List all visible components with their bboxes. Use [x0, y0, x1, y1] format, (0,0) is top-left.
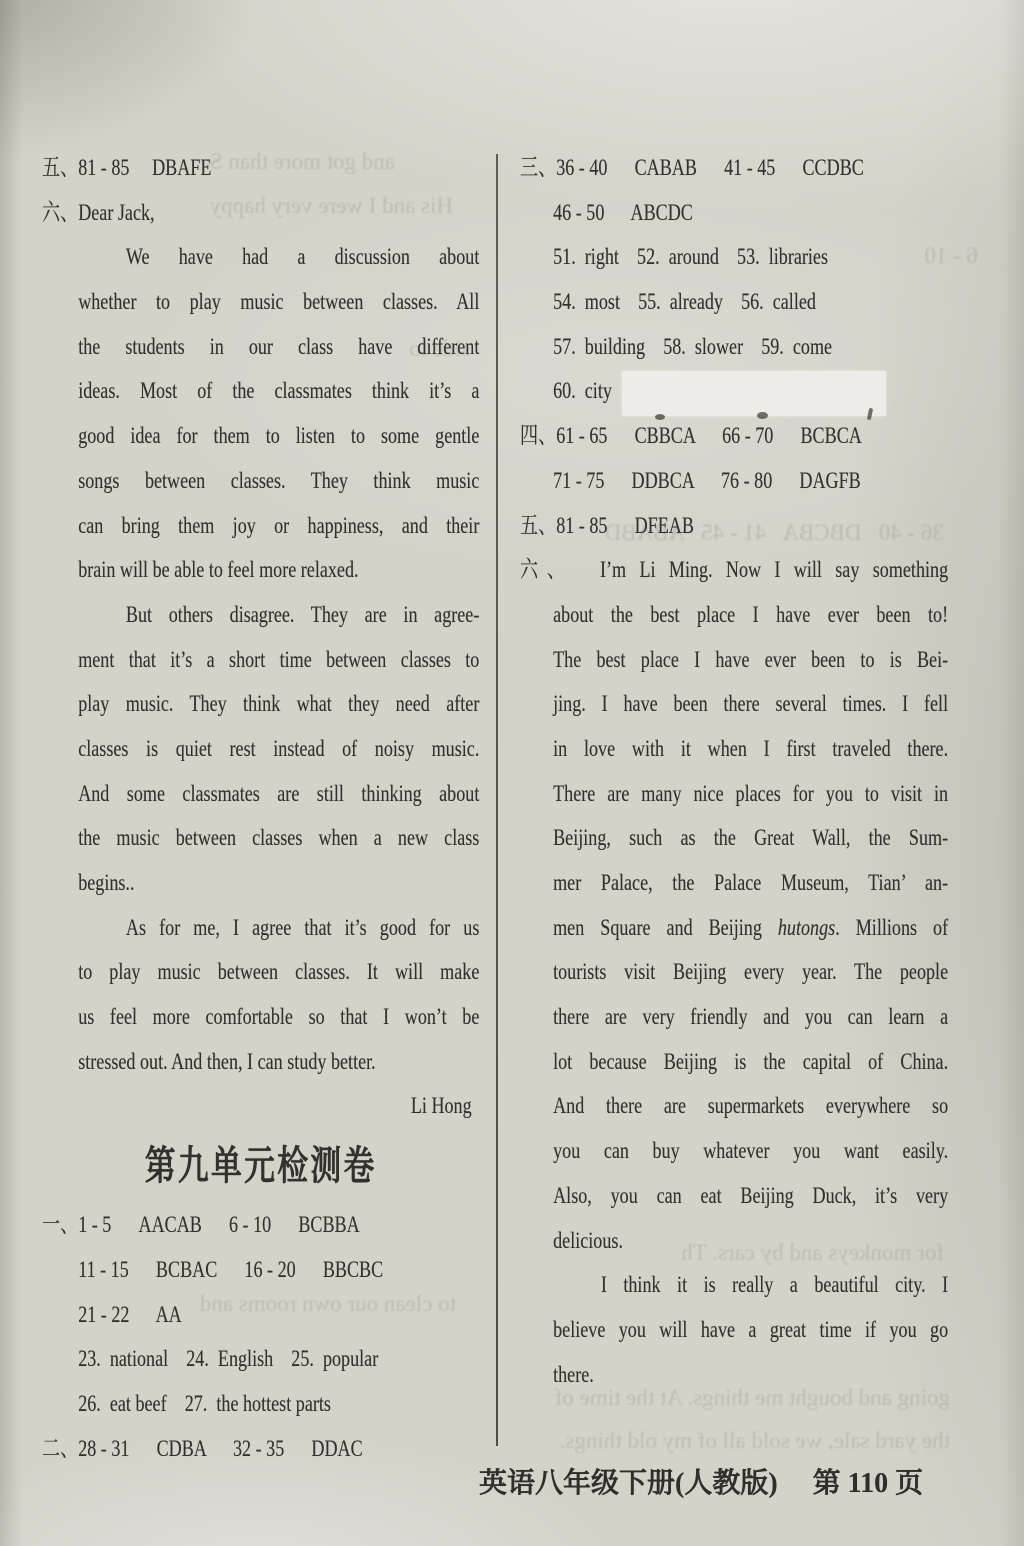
answer-row: 五、81 - 85 DFEAB — [520, 504, 948, 549]
scanned-answer-key-page: { "colors": { "paper": "#d4d3ca", "ink":… — [0, 0, 1024, 1546]
paragraph-line: the music between classes when a new cla… — [78, 816, 479, 861]
answer-column-left: 五、81 - 85 DBAFE六、Dear Jack,We have had a… — [42, 146, 479, 1471]
page-footer: 英语八年级下册(人教版) 第 110 页 — [479, 1461, 923, 1501]
paragraph-line: But others disagree. They are in agree- — [78, 593, 479, 638]
answer-row: 51. right 52. around 53. libraries — [553, 235, 948, 280]
answer-row: 71 - 75 DDBCA 76 - 80 DAGFB — [553, 459, 948, 504]
answer-column-right: 三、36 - 40 CABAB 41 - 45 CCDBC46 - 50 ABC… — [520, 146, 948, 1397]
answer-row: 54. most 55. already 56. called — [553, 280, 948, 325]
column-divider-line — [496, 154, 498, 1446]
paragraph-line: men Square and Beijing hutongs. Millions… — [553, 906, 948, 951]
paragraph-line: us feel more comfortable so that I won’t… — [78, 995, 479, 1040]
paragraph-line: to play music between classes. It will m… — [78, 950, 479, 995]
paragraph-line: mer Palace, the Palace Museum, Tian’ an- — [553, 861, 948, 906]
paragraph-line: believe you will have a great time if yo… — [553, 1308, 948, 1353]
answer-row: 11 - 15 BCBAC 16 - 20 BBCBC — [78, 1248, 479, 1293]
answer-row: 26. eat beef 27. the hottest parts — [78, 1382, 479, 1427]
bleedthrough-text: the yard sale, we sold all of my old thi… — [548, 1428, 950, 1462]
italic-term: hutongs — [778, 915, 835, 941]
paragraph-line: begins.. — [78, 861, 479, 906]
paragraph-line: you can buy whatever you want easily. — [553, 1129, 948, 1174]
paragraph-line: Beijing, such as the Great Wall, the Sum… — [553, 816, 948, 861]
answer-row: 57. building 58. slower 59. come — [553, 325, 948, 370]
answer-row: 23. national 24. English 25. popular — [78, 1337, 479, 1382]
paragraph-line: As for me, I agree that it’s good for us — [78, 906, 479, 951]
paragraph-line: tourists visit Beijing every year. The p… — [553, 950, 948, 995]
print-artifact — [655, 414, 665, 420]
paragraph-line: We have had a discussion about — [78, 235, 479, 280]
paragraph-line: jing. I have been there several times. I… — [553, 682, 948, 727]
paragraph-line: classes is quiet rest instead of noisy m… — [78, 727, 479, 772]
paragraph-line: delicious. — [553, 1219, 948, 1264]
answer-row: 一、1 - 5 AACAB 6 - 10 BCBBA — [42, 1203, 479, 1248]
paragraph-line: the students in our class have different — [78, 325, 479, 370]
paragraph-line: songs between classes. They think music — [78, 459, 479, 504]
paragraph-line: there are very friendly and you can lear… — [553, 995, 948, 1040]
paragraph-line: ment that it’s a short time between clas… — [78, 638, 479, 683]
paragraph-line: And some classmates are still thinking a… — [78, 772, 479, 817]
paragraph-line: brain will be able to feel more relaxed. — [78, 548, 479, 593]
indent-gap — [574, 576, 600, 577]
paragraph-line: I think it is really a beautiful city. I — [553, 1263, 948, 1308]
paragraph-line: can bring them joy or happiness, and the… — [78, 504, 479, 549]
answer-row: 二、28 - 31 CDBA 32 - 35 DDAC — [42, 1427, 479, 1472]
answer-row: 四、61 - 65 CBBCA 66 - 70 BCBCA — [520, 414, 948, 459]
paragraph-line: And there are supermarkets everywhere so — [553, 1084, 948, 1129]
paragraph-line: play music. They think what they need af… — [78, 682, 479, 727]
paragraph-line: 六、I’m Li Ming. Now I will say something — [520, 548, 948, 593]
paragraph-line: in love with it when I first traveled th… — [553, 727, 948, 772]
paragraph-text: . Millions of — [835, 915, 948, 941]
paragraph-line: stressed out. And then, I can study bett… — [78, 1040, 479, 1085]
print-artifact — [757, 412, 768, 419]
answer-row: 21 - 22 AA — [78, 1293, 479, 1338]
answer-row: 五、81 - 85 DBAFE — [42, 146, 479, 191]
section-marker: 六、 — [520, 557, 574, 583]
answer-row: 46 - 50 ABCDC — [553, 191, 948, 236]
section-heading: 第九单元检测卷 — [42, 1129, 479, 1203]
answer-row: 六、Dear Jack, — [42, 191, 479, 236]
paragraph-line: whether to play music between classes. A… — [78, 280, 479, 325]
paragraph-line: There are many nice places for you to vi… — [553, 772, 948, 817]
paragraph-line: about the best place I have ever been to… — [553, 593, 948, 638]
paragraph-line: Also, you can eat Beijing Duck, it’s ver… — [553, 1174, 948, 1219]
paragraph-text: men Square and Beijing — [553, 915, 778, 941]
paragraph-line: lot because Beijing is the capital of Ch… — [553, 1040, 948, 1085]
answer-row: 三、36 - 40 CABAB 41 - 45 CCDBC — [520, 146, 948, 191]
paragraph-line: The best place I have ever been to is Be… — [553, 638, 948, 683]
paragraph-line: good idea for them to listen to some gen… — [78, 414, 479, 459]
paragraph-line: ideas. Most of the classmates think it’s… — [78, 369, 479, 414]
paragraph-line: there. — [553, 1353, 948, 1398]
correction-tape — [622, 371, 886, 416]
signature-line: Li Hong — [42, 1084, 479, 1129]
